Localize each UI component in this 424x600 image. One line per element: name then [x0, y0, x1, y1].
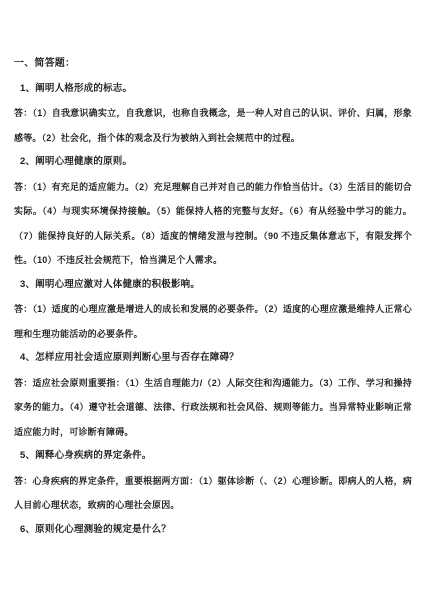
answer-text: 答：（1）有充足的适应能力。（2）充足理解自己并对自己的能力作恰当估计。（3）生…: [14, 175, 412, 273]
qa-item: 6、原则化心理测验的规定是什么？: [14, 518, 412, 543]
question-text: 6、原则化心理测验的规定是什么？: [14, 518, 412, 543]
qa-item: 2、阐明心理健康的原则。 答：（1）有充足的适应能力。（2）充足理解自己并对自己…: [14, 150, 412, 273]
document-page: 一、简答题： 1、阐明人格形成的标志。 答：（1）自我意识确实立，自我意识，也称…: [0, 0, 424, 600]
question-text: 4、怎样应用社会适应原则判断心里与否存在障碍？: [14, 346, 412, 371]
qa-item: 4、怎样应用社会适应原则判断心里与否存在障碍？ 答：适应社会原则重要指：（1）生…: [14, 346, 412, 444]
question-text: 2、阐明心理健康的原则。: [14, 150, 412, 175]
question-text: 5、阐释心身疾病的界定条件。: [14, 444, 412, 469]
document-content: 一、简答题： 1、阐明人格形成的标志。 答：（1）自我意识确实立，自我意识，也称…: [0, 0, 424, 542]
question-text: 3、阐明心理应激对人体健康的积极影响。: [14, 273, 412, 298]
qa-item: 5、阐释心身疾病的界定条件。 答：心身疾病的界定条件，重要根据两方面：（1）躯体…: [14, 444, 412, 518]
qa-item: 1、阐明人格形成的标志。 答：（1）自我意识确实立，自我意识，也称自我概念，是一…: [14, 77, 412, 151]
qa-item: 3、阐明心理应激对人体健康的积极影响。 答：（1）适度的心理应激是增进人的成长和…: [14, 273, 412, 347]
answer-text: 答：心身疾病的界定条件，重要根据两方面：（1）躯体诊断（、（2）心理诊断。即病人…: [14, 469, 412, 518]
question-text: 1、阐明人格形成的标志。: [14, 77, 412, 102]
answer-text: 答：（1）自我意识确实立，自我意识，也称自我概念，是一种人对自己的认识、评价、归…: [14, 101, 412, 150]
answer-text: 答：（1）适度的心理应激是增进人的成长和发展的必要条件。（2）适度的心理应激是维…: [14, 297, 412, 346]
answer-text: 答：适应社会原则重要指：（1）生活自理能力/（2）人际交往和沟通能力。（3）工作…: [14, 371, 412, 445]
section-title: 一、简答题：: [14, 52, 412, 77]
